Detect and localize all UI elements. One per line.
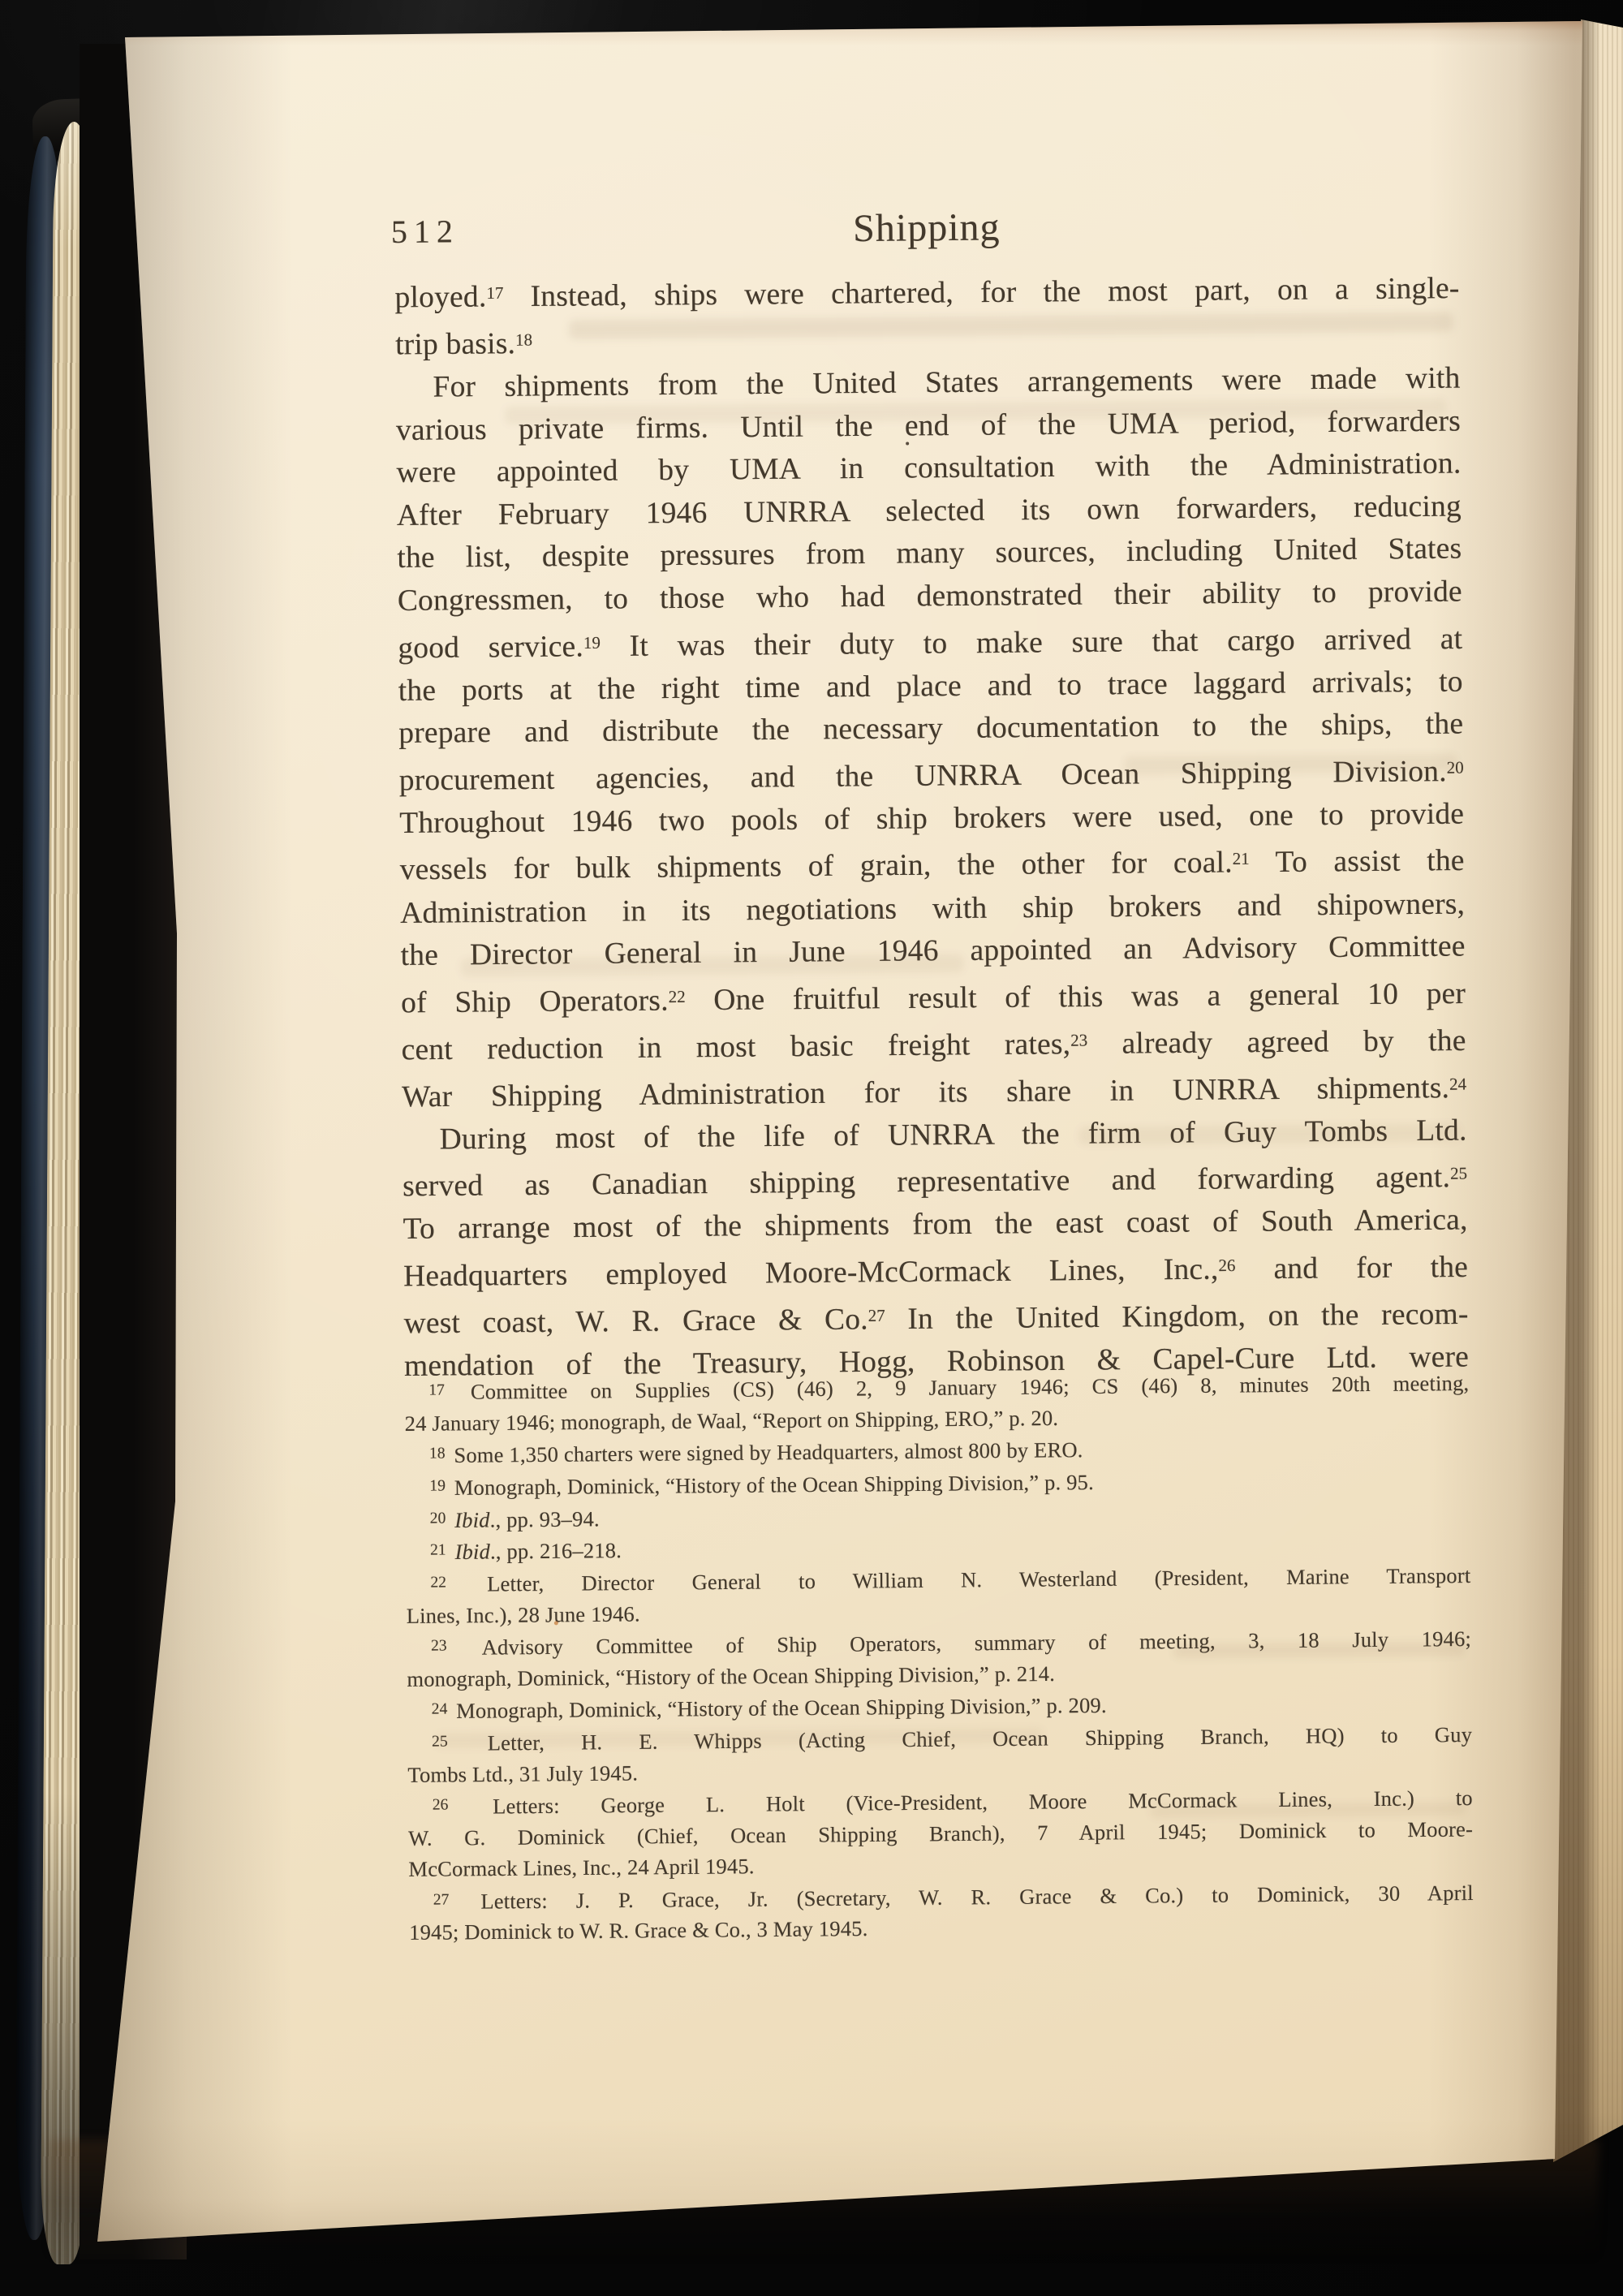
body-text-line: vessels for bulk shipments of grain, the… — [399, 836, 1464, 892]
bleed-through-ghost — [1173, 1642, 1465, 1659]
bleed-through-ghost — [1079, 1124, 1461, 1145]
running-title: Shipping — [394, 205, 1459, 252]
bleed-through-ghost — [1125, 754, 1457, 775]
bleed-through-ghost — [1150, 1803, 1466, 1818]
book-photo: 512 Shipping ployed.17 Instead, ships we… — [0, 0, 1623, 2296]
body-text-line: ployed.17 Instead, ships were chartered,… — [394, 264, 1459, 320]
body-text: ployed.17 Instead, ships were chartered,… — [394, 264, 1469, 1389]
body-text-line: good service.19 It was their duty to mak… — [398, 614, 1462, 670]
paper-stain-speck — [554, 1621, 558, 1625]
page-content: 512 Shipping ployed.17 Instead, ships we… — [0, 0, 1623, 2296]
ink-speck — [906, 442, 909, 445]
